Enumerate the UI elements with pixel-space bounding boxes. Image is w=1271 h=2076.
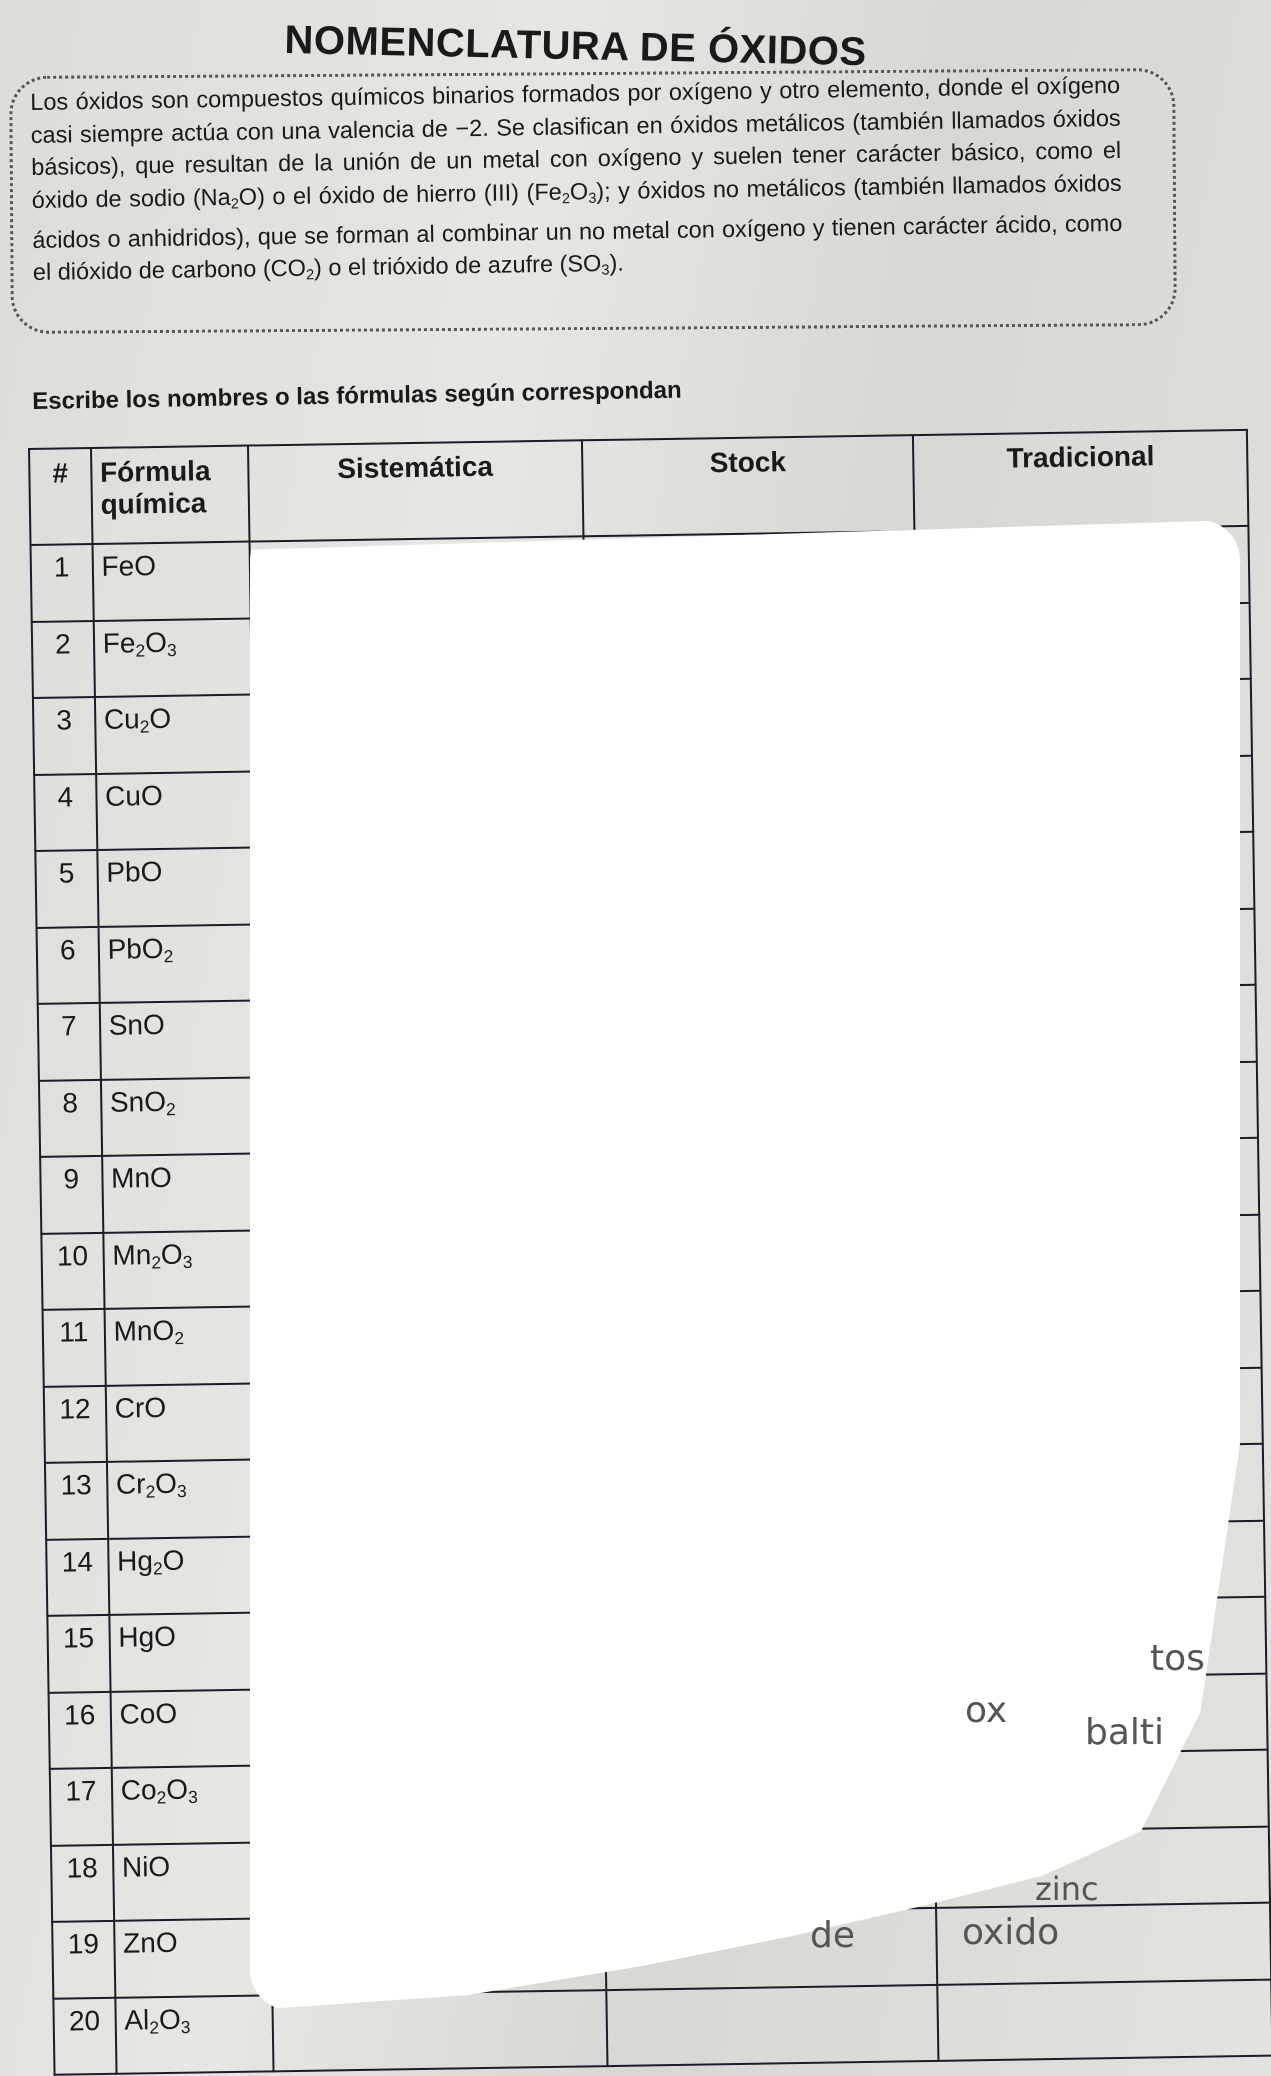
- row-number: 7: [38, 1003, 101, 1080]
- row-formula: FeO: [92, 542, 250, 621]
- header-stock: Stock: [582, 435, 915, 536]
- row-formula: CuO: [96, 771, 254, 850]
- row-number: 18: [51, 1844, 114, 1921]
- row-number: 19: [52, 1921, 115, 1998]
- row-formula: PbO: [97, 847, 255, 926]
- header-formula: Fórmula química: [91, 446, 250, 544]
- row-formula: Co2O3: [111, 1765, 269, 1844]
- handwriting-fragment: balti: [1085, 1712, 1164, 1753]
- answer-stock[interactable]: [606, 1984, 939, 2066]
- row-number: 5: [35, 850, 98, 927]
- row-number: 12: [44, 1385, 107, 1462]
- row-formula: Fe2O3: [93, 618, 251, 697]
- row-number: 9: [40, 1156, 103, 1233]
- row-number: 14: [46, 1538, 109, 1615]
- row-formula: CrO: [105, 1383, 263, 1462]
- row-formula: HgO: [109, 1612, 267, 1691]
- row-formula: MnO2: [104, 1306, 262, 1385]
- header-number: #: [29, 448, 92, 545]
- handwriting-fragment: zinc: [1035, 1870, 1099, 1908]
- row-number: 13: [45, 1462, 108, 1539]
- row-number: 10: [41, 1232, 104, 1309]
- header-systematic: Sistemática: [248, 440, 583, 541]
- row-number: 17: [50, 1768, 113, 1845]
- row-formula: Cr2O3: [107, 1459, 265, 1538]
- row-number: 3: [33, 697, 96, 774]
- row-number: 15: [47, 1615, 110, 1692]
- handwriting-fragment: tos: [1150, 1638, 1205, 1679]
- row-formula: CoO: [110, 1689, 268, 1768]
- worksheet-title: NOMENCLATURA DE ÓXIDOS: [284, 18, 867, 75]
- handwriting-fragment: ox: [965, 1690, 1007, 1731]
- header-traditional: Tradicional: [913, 430, 1248, 531]
- redaction-mask: [250, 520, 1240, 2010]
- row-formula: NiO: [113, 1842, 271, 1921]
- row-number: 1: [31, 544, 94, 621]
- row-formula: Cu2O: [95, 695, 253, 774]
- row-formula: ZnO: [114, 1918, 272, 1997]
- row-number: 8: [39, 1079, 102, 1156]
- row-formula: SnO2: [101, 1077, 259, 1156]
- intro-paragraph: Los óxidos son compuestos químicos binar…: [30, 69, 1123, 296]
- row-number: 11: [43, 1309, 106, 1386]
- row-formula: Al2O3: [115, 1995, 273, 2074]
- row-number: 6: [37, 926, 100, 1003]
- row-formula: Mn2O3: [103, 1230, 261, 1309]
- row-number: 2: [32, 620, 95, 697]
- row-number: 4: [34, 773, 97, 850]
- worksheet-page: NOMENCLATURA DE ÓXIDOS Los óxidos son co…: [0, 0, 1271, 2076]
- row-formula: PbO2: [98, 924, 256, 1003]
- row-formula: SnO: [99, 1000, 257, 1079]
- row-formula: Hg2O: [108, 1536, 266, 1615]
- instruction-text: Escribe los nombres o las fórmulas según…: [32, 377, 682, 416]
- answer-traditional[interactable]: [938, 1979, 1271, 2061]
- handwriting-fragment: oxido: [962, 1912, 1059, 1953]
- handwriting-fragment: de: [810, 1915, 855, 1956]
- row-number: 16: [49, 1691, 112, 1768]
- row-number: 20: [53, 1997, 116, 2074]
- row-formula: MnO: [102, 1153, 260, 1232]
